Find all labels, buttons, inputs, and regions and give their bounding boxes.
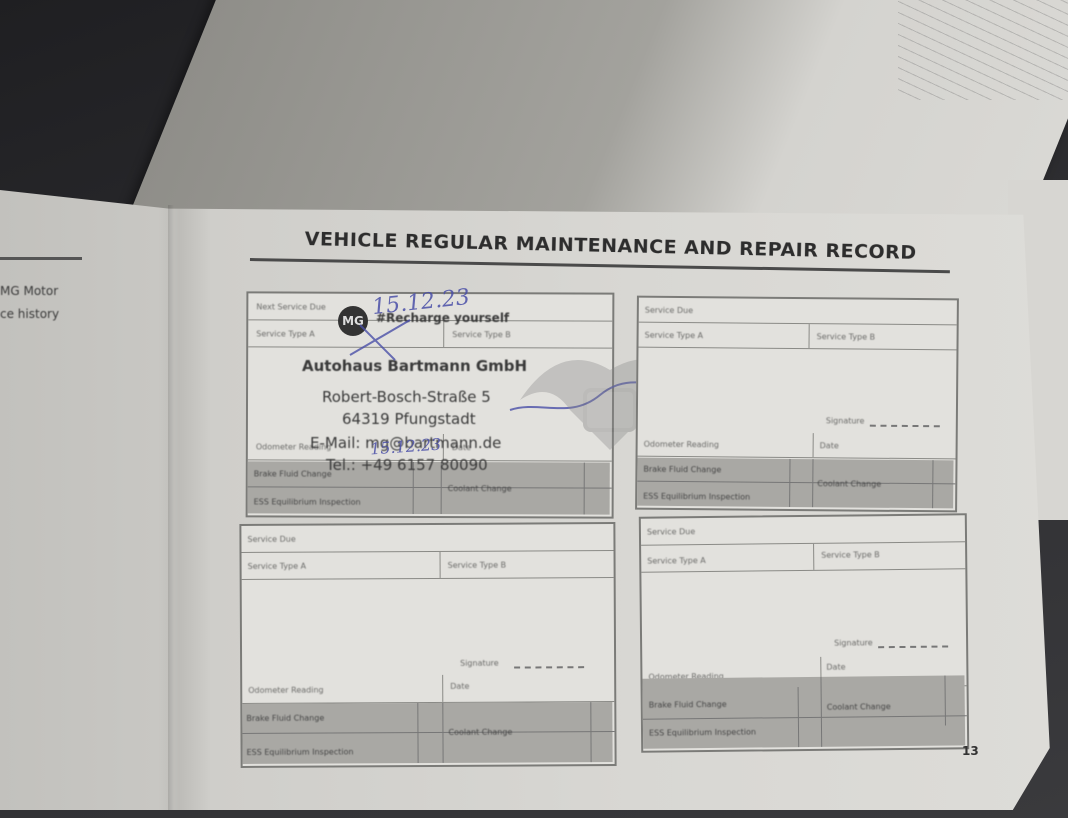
service-due-label: Service Due — [645, 306, 693, 315]
signature-label: Signature — [826, 416, 865, 425]
service-type-b-label: Service Type B — [821, 550, 880, 560]
page-number: 13 — [962, 744, 979, 758]
service-type-a-label: Service Type A — [248, 562, 307, 571]
maintenance-record-card-4: Service Due Service Type A Service Type … — [639, 513, 969, 752]
odometer-label: Odometer Reading — [644, 440, 719, 450]
date-label: Date — [820, 441, 839, 450]
signature-line — [870, 425, 940, 428]
signature-label: Signature — [834, 638, 873, 647]
ess-label: ESS Equilibrium Inspection — [643, 492, 750, 502]
brake-fluid-label: Brake Fluid Change — [246, 714, 324, 723]
booklet-spine — [168, 205, 174, 810]
maintenance-record-card-2: Service Due Service Type A Service Type … — [635, 296, 959, 513]
coolant-label: Coolant Change — [827, 702, 891, 712]
coolant-label: Coolant Change — [448, 484, 512, 493]
background-paper-lines — [898, 0, 1068, 100]
service-type-a-label: Service Type A — [647, 556, 706, 566]
coolant-label: Coolant Change — [817, 479, 881, 489]
service-type-b-label: Service Type B — [448, 561, 507, 570]
service-type-a-label: Service Type A — [256, 329, 315, 338]
signature-label: Signature — [460, 659, 499, 668]
brake-fluid-label: Brake Fluid Change — [254, 469, 332, 478]
maintenance-record-card-3: Service Due Service Type A Service Type … — [239, 522, 616, 768]
left-page-text: MG Motor — [0, 284, 58, 298]
brake-fluid-label: Brake Fluid Change — [649, 700, 727, 710]
ess-label: ESS Equilibrium Inspection — [254, 497, 361, 506]
photo-scene: MG Motor ce history VEHICLE REGULAR MAIN… — [0, 0, 1068, 818]
signature-line — [514, 666, 584, 668]
service-due-label: Service Due — [247, 535, 295, 544]
date-label: Date — [826, 663, 845, 672]
ess-label: ESS Equilibrium Inspection — [247, 747, 354, 757]
service-type-b-label: Service Type B — [817, 332, 876, 342]
coolant-label: Coolant Change — [448, 728, 512, 737]
service-due-label: Next Service Due — [256, 302, 325, 311]
left-page-rule — [0, 257, 82, 260]
brake-fluid-label: Brake Fluid Change — [643, 465, 721, 475]
left-page-text: ce history — [0, 307, 59, 321]
date-label: Date — [450, 682, 469, 691]
ess-label: ESS Equilibrium Inspection — [649, 728, 756, 738]
odometer-label: Odometer Reading — [248, 686, 323, 695]
signature-line — [878, 645, 948, 648]
service-type-a-label: Service Type A — [645, 331, 704, 341]
service-due-label: Service Due — [647, 527, 695, 537]
